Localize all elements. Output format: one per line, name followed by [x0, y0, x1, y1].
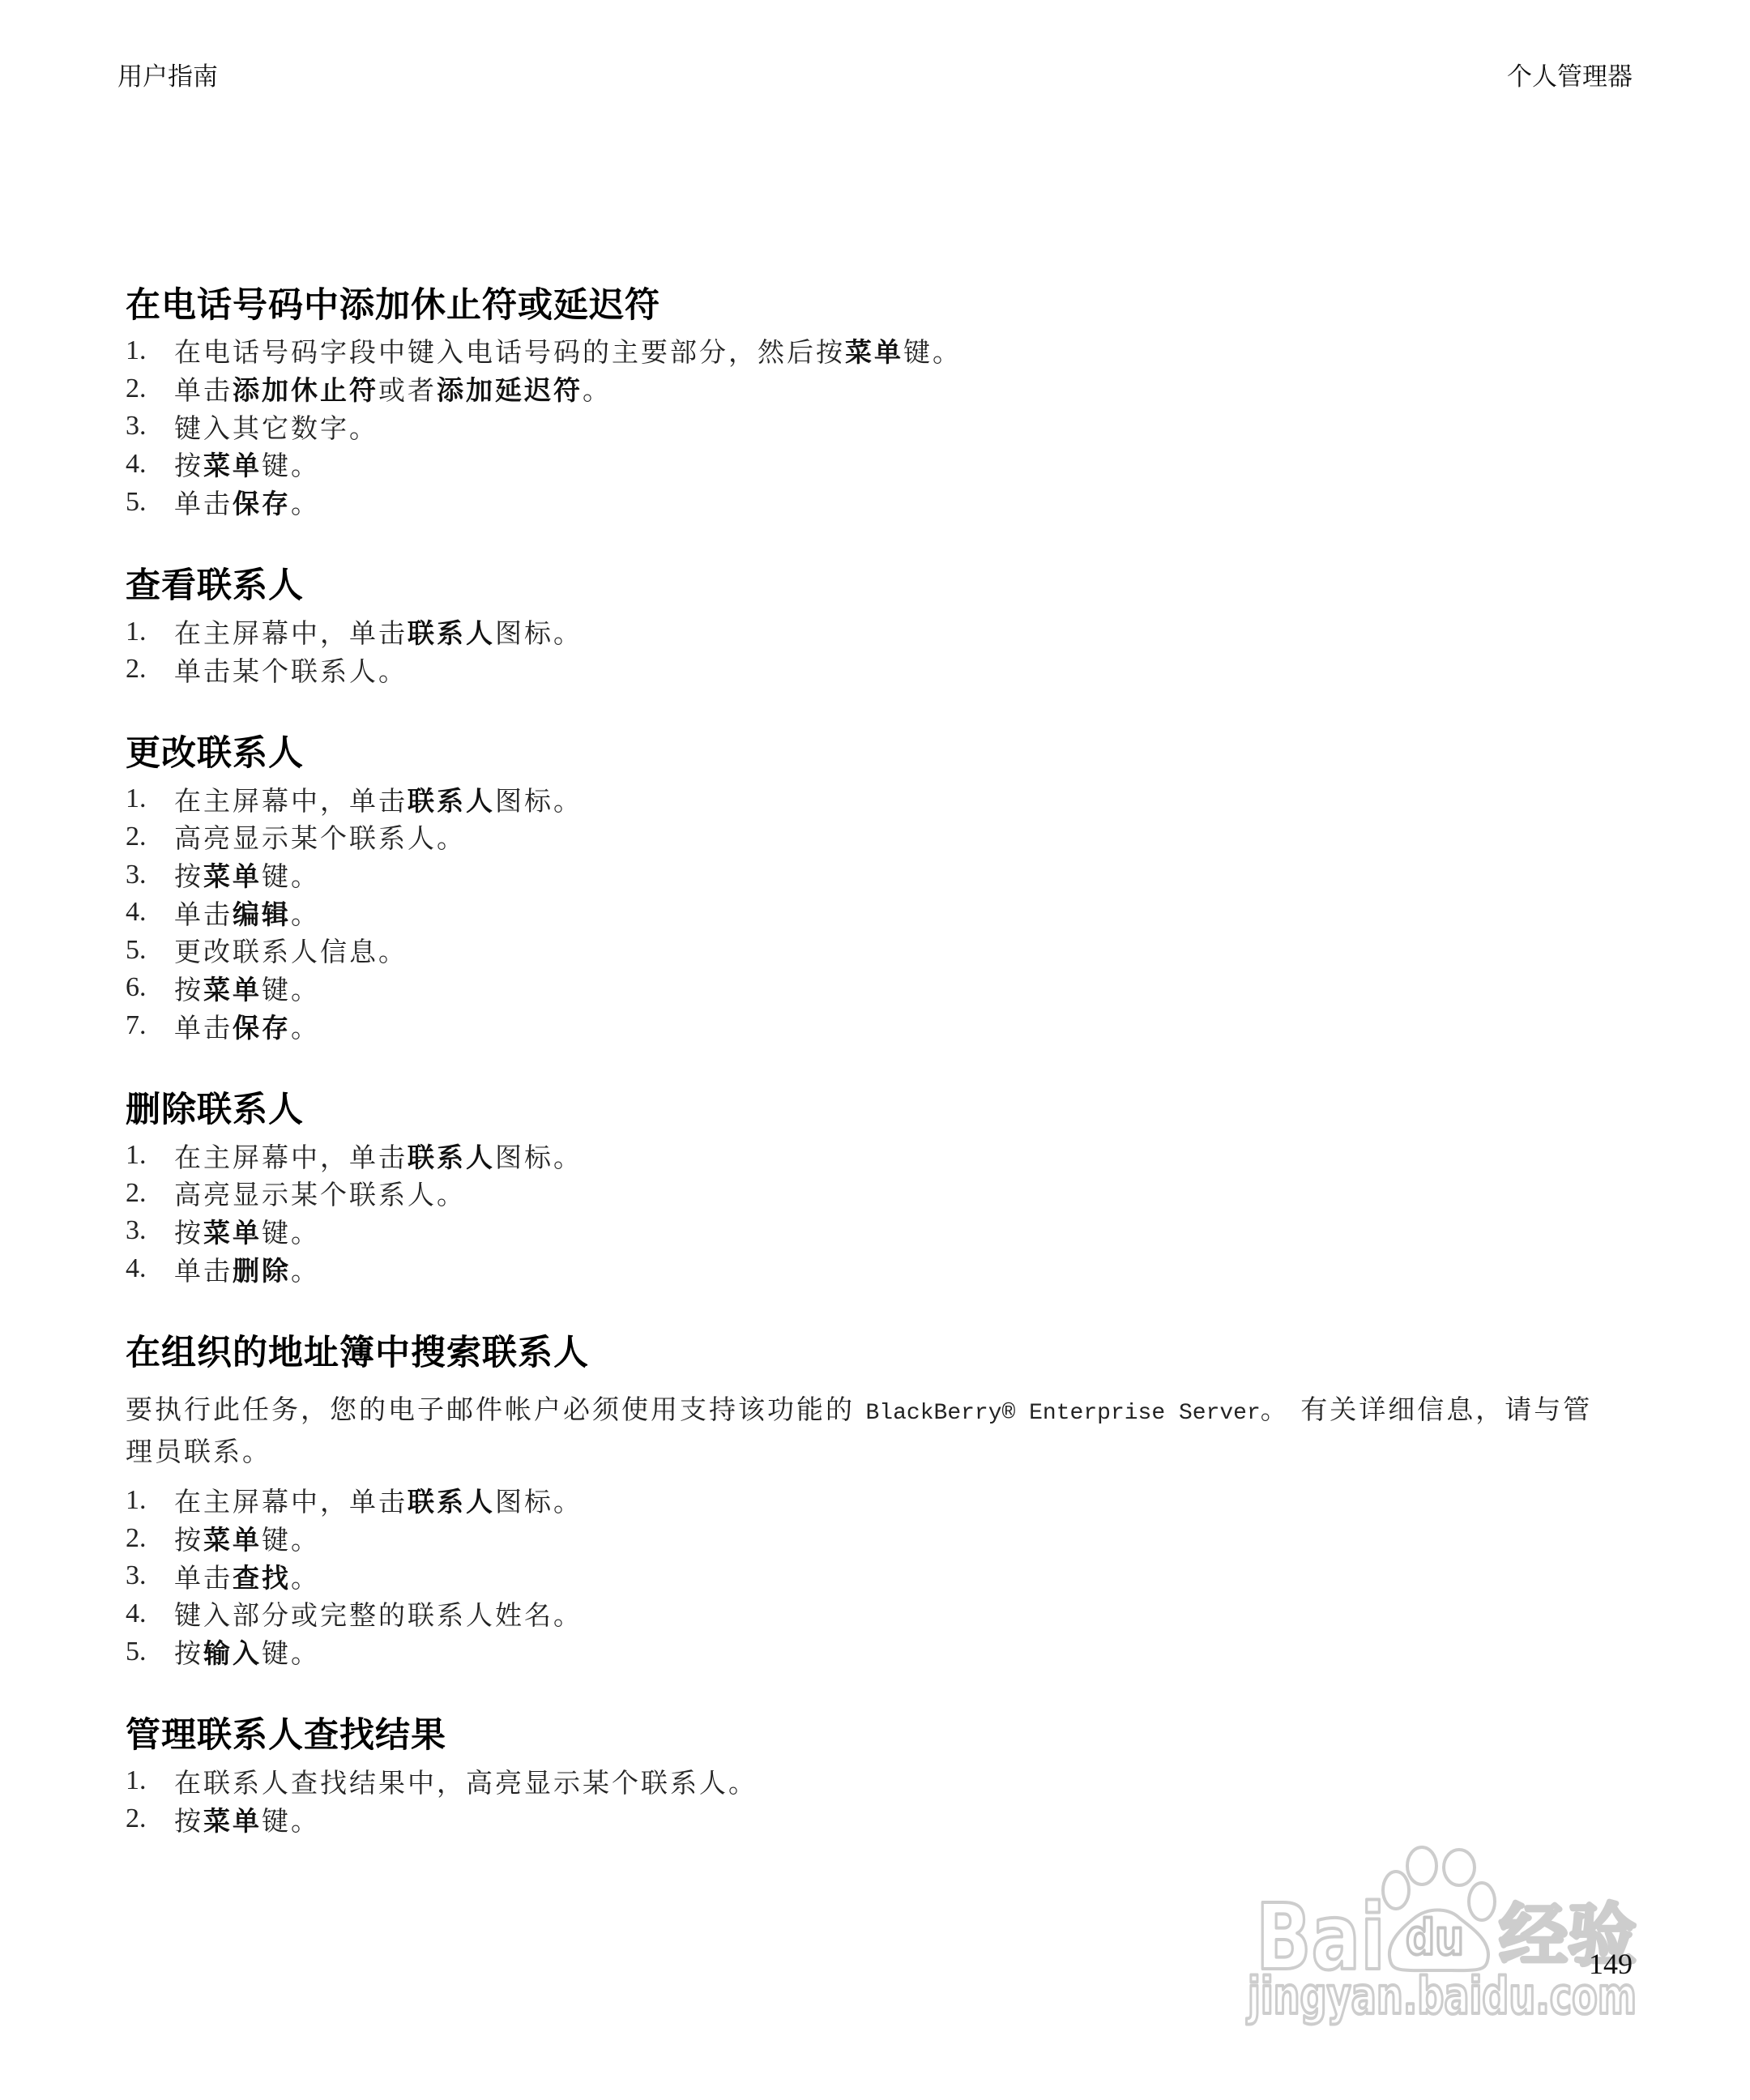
step-text-segment: 按 — [174, 969, 203, 1007]
ui-term: 输入 — [203, 1633, 262, 1671]
step-text-segment: 单击 — [174, 1557, 233, 1595]
step-text-segment: 。 — [583, 369, 612, 408]
step-text-segment: 键。 — [262, 1212, 320, 1250]
chapter-title: 个人管理器 — [1507, 56, 1633, 92]
step-text-segment: 高亮显示某个联系人。 — [174, 1174, 466, 1212]
step-text-segment: 键。 — [262, 1633, 320, 1671]
ui-term: 联系人 — [408, 780, 495, 818]
step-text-segment: 单击某个联系人。 — [174, 651, 408, 689]
step-text-segment: 图标。 — [495, 780, 583, 818]
step-text: 在电话号码字段中键入电话号码的主要部分，然后按 菜单 键。 — [174, 331, 962, 369]
step: 3. 按 菜单 键。 — [126, 856, 1641, 894]
step-number: 4. — [126, 897, 174, 928]
step-list: 1. 在主屏幕中，单击 联系人 图标。 2. 单击某个联系人。 — [126, 612, 1641, 688]
step-number: 4. — [126, 1253, 174, 1284]
note-text: 要执行此任务，您的电子邮件帐户必须使用支持该功能的 — [126, 1394, 866, 1425]
step: 7. 单击 保存 。 — [126, 1007, 1641, 1045]
step-text: 在主屏幕中，单击 联系人 图标。 — [174, 1481, 583, 1519]
step-number: 3. — [126, 860, 174, 890]
step-text: 单击 保存 。 — [174, 483, 320, 521]
step-text: 单击 保存 。 — [174, 1007, 320, 1045]
ui-term: 删除 — [233, 1250, 291, 1288]
step-text: 单击某个联系人。 — [174, 651, 408, 689]
step-text-segment: 在主屏幕中，单击 — [174, 1481, 408, 1519]
step-number: 1. — [126, 783, 174, 814]
step: 3. 键入其它数字。 — [126, 408, 1641, 446]
step-text-segment: 按 — [174, 1212, 203, 1250]
step-number: 4. — [126, 449, 174, 480]
ui-term: 保存 — [233, 483, 291, 521]
section-title: 查看联系人 — [126, 563, 1641, 604]
step-text: 单击 添加休止符 或者 添加延迟符 。 — [174, 369, 612, 408]
step-number: 2. — [126, 373, 174, 404]
section-delete-contact: 删除联系人 1. 在主屏幕中，单击 联系人 图标。 2. 高亮显示某个联系人。 … — [126, 1086, 1641, 1287]
step-text-segment: 键。 — [262, 969, 320, 1007]
ui-term: 菜单 — [203, 445, 262, 483]
step-text-segment: 按 — [174, 445, 203, 483]
paw-toe-icon — [1469, 1883, 1495, 1920]
step-number: 2. — [126, 654, 174, 685]
step-text-segment: 键。 — [262, 856, 320, 894]
step: 2. 按 菜单 键。 — [126, 1519, 1641, 1557]
step-text: 高亮显示某个联系人。 — [174, 1174, 466, 1212]
step-text-segment: 。 — [291, 1250, 320, 1288]
step: 1. 在电话号码字段中键入电话号码的主要部分，然后按 菜单 键。 — [126, 332, 1641, 370]
step-text-segment: 单击 — [174, 894, 233, 932]
paw-toe-icon — [1407, 1847, 1436, 1884]
page-number: 149 — [1589, 1948, 1633, 1980]
document-title: 用户指南 — [117, 56, 218, 92]
step-text: 按 菜单 键。 — [174, 1212, 320, 1250]
ui-term: 保存 — [233, 1007, 291, 1045]
step-text-segment: 按 — [174, 1633, 203, 1671]
step: 2. 单击某个联系人。 — [126, 651, 1641, 689]
step-number: 4. — [126, 1598, 174, 1629]
ui-term: 编辑 — [233, 894, 291, 932]
step-text-segment: 单击 — [174, 483, 233, 521]
step: 4. 单击 编辑 。 — [126, 894, 1641, 932]
step-text-segment: 在主屏幕中，单击 — [174, 1137, 408, 1175]
step-number: 1. — [126, 335, 174, 366]
ui-term: 菜单 — [203, 1800, 262, 1838]
step: 1. 在主屏幕中，单击 联系人 图标。 — [126, 1482, 1641, 1520]
step-text-segment: 图标。 — [495, 1137, 583, 1175]
step-text-segment: 图标。 — [495, 612, 583, 651]
step: 4. 按 菜单 键。 — [126, 446, 1641, 484]
step-number: 6. — [126, 972, 174, 1003]
ui-term: 查找 — [233, 1557, 291, 1595]
step: 6. 按 菜单 键。 — [126, 969, 1641, 1007]
step-number: 2. — [126, 1523, 174, 1554]
watermark-url-text: jingyan.baidu.com — [1246, 1966, 1637, 2025]
step-list: 1. 在电话号码字段中键入电话号码的主要部分，然后按 菜单 键。 2. 单击 添… — [126, 332, 1641, 521]
paw-toe-icon — [1444, 1850, 1475, 1885]
step: 1. 在主屏幕中，单击 联系人 图标。 — [126, 612, 1641, 651]
step: 2. 单击 添加休止符 或者 添加延迟符 。 — [126, 369, 1641, 408]
step-text-segment: 在主屏幕中，单击 — [174, 780, 408, 818]
ui-term: 联系人 — [408, 1137, 495, 1175]
step-text-segment: 。 — [291, 483, 320, 521]
step-list: 1. 在主屏幕中，单击 联系人 图标。 2. 高亮显示某个联系人。 3. 按 菜… — [126, 1137, 1641, 1288]
ui-term: 添加延迟符 — [437, 369, 583, 408]
page-content: 在电话号码中添加休止符或延迟符 1. 在电话号码字段中键入电话号码的主要部分，然… — [126, 282, 1641, 1837]
watermark-paw-text: du — [1406, 1910, 1464, 1966]
step-text: 单击 查找 。 — [174, 1557, 320, 1595]
step: 4. 单击 删除 。 — [126, 1250, 1641, 1288]
step: 2. 高亮显示某个联系人。 — [126, 1174, 1641, 1212]
step-number: 1. — [126, 1765, 174, 1796]
section-title: 更改联系人 — [126, 730, 1641, 770]
step-number: 1. — [126, 1140, 174, 1171]
step-number: 5. — [126, 1637, 174, 1667]
ui-term: 联系人 — [408, 612, 495, 651]
step-text-segment: 单击 — [174, 1250, 233, 1288]
section-view-contact: 查看联系人 1. 在主屏幕中，单击 联系人 图标。 2. 单击某个联系人。 — [126, 563, 1641, 689]
step-number: 1. — [126, 1485, 174, 1516]
section-add-pause-or-wait: 在电话号码中添加休止符或延迟符 1. 在电话号码字段中键入电话号码的主要部分，然… — [126, 282, 1641, 521]
step-text-segment: 图标。 — [495, 1481, 583, 1519]
step-number: 7. — [126, 1010, 174, 1041]
step: 1. 在主屏幕中，单击 联系人 图标。 — [126, 1137, 1641, 1175]
step: 5. 按 输入 键。 — [126, 1633, 1641, 1671]
ui-term: 添加休止符 — [233, 369, 378, 408]
step-text: 按 菜单 键。 — [174, 1800, 320, 1838]
step: 4. 键入部分或完整的联系人姓名。 — [126, 1595, 1641, 1633]
section-title: 删除联系人 — [126, 1086, 1641, 1127]
step: 3. 单击 查找 。 — [126, 1557, 1641, 1595]
ui-term: 联系人 — [408, 1481, 495, 1519]
step: 1. 在联系人查找结果中，高亮显示某个联系人。 — [126, 1762, 1641, 1800]
step: 5. 更改联系人信息。 — [126, 932, 1641, 970]
ui-term: 菜单 — [845, 331, 903, 369]
section-change-contact: 更改联系人 1. 在主屏幕中，单击 联系人 图标。 2. 高亮显示某个联系人。 … — [126, 730, 1641, 1044]
step-text-segment: 单击 — [174, 1007, 233, 1045]
step: 3. 按 菜单 键。 — [126, 1212, 1641, 1250]
step-text-segment: 更改联系人信息。 — [174, 931, 408, 969]
step-list: 1. 在主屏幕中，单击 联系人 图标。 2. 按 菜单 键。 3. 单击 — [126, 1482, 1641, 1671]
step-list: 1. 在联系人查找结果中，高亮显示某个联系人。 2. 按 菜单 键。 — [126, 1762, 1641, 1837]
step-text-segment: 按 — [174, 1800, 203, 1838]
baidu-jingyan-watermark: Bai du 经验 jingyan.baidu.com — [1240, 1839, 1645, 2034]
step-text: 在联系人查找结果中，高亮显示某个联系人。 — [174, 1762, 758, 1800]
step-text-segment: 或者 — [378, 369, 437, 408]
section-title: 管理联系人查找结果 — [126, 1713, 1641, 1753]
step: 5. 单击 保存 。 — [126, 483, 1641, 521]
paw-toe-icon — [1383, 1872, 1409, 1909]
step-text: 按 菜单 键。 — [174, 445, 320, 483]
step-text: 高亮显示某个联系人。 — [174, 817, 466, 856]
step-text: 按 菜单 键。 — [174, 1519, 320, 1557]
step-text-segment: 键入部分或完整的联系人姓名。 — [174, 1594, 583, 1633]
ui-term: 菜单 — [203, 1519, 262, 1557]
step-text-segment: 在联系人查找结果中，高亮显示某个联系人。 — [174, 1762, 758, 1800]
step-text: 在主屏幕中，单击 联系人 图标。 — [174, 612, 583, 651]
step-number: 2. — [126, 822, 174, 852]
step-number: 3. — [126, 1560, 174, 1591]
step-number: 3. — [126, 1215, 174, 1246]
step-text-segment: 单击 — [174, 369, 233, 408]
step-text-segment: 在电话号码字段中键入电话号码的主要部分，然后按 — [174, 331, 845, 369]
step-text-segment: 按 — [174, 856, 203, 894]
step-text-segment: 。 — [291, 894, 320, 932]
ui-term: 菜单 — [203, 856, 262, 894]
section-manage-search-results: 管理联系人查找结果 1. 在联系人查找结果中，高亮显示某个联系人。 2. 按 菜… — [126, 1713, 1641, 1838]
section-title: 在组织的地址簿中搜索联系人 — [126, 1330, 1641, 1370]
prerequisite-note: 要执行此任务，您的电子邮件帐户必须使用支持该功能的 BlackBerry® En… — [126, 1390, 1612, 1470]
step-text-segment: 高亮显示某个联系人。 — [174, 817, 466, 856]
step-text-segment: 在主屏幕中，单击 — [174, 612, 408, 651]
step-number: 5. — [126, 487, 174, 518]
step-text: 单击 编辑 。 — [174, 894, 320, 932]
step-text: 键入其它数字。 — [174, 408, 378, 446]
step-number: 3. — [126, 411, 174, 442]
step-text: 在主屏幕中，单击 联系人 图标。 — [174, 1137, 583, 1175]
step: 2. 按 菜单 键。 — [126, 1800, 1641, 1838]
step-number: 2. — [126, 1178, 174, 1209]
ui-term: 菜单 — [203, 969, 262, 1007]
step-text: 按 输入 键。 — [174, 1633, 320, 1671]
step-text-segment: 键。 — [903, 331, 962, 369]
step-text: 更改联系人信息。 — [174, 931, 408, 969]
running-header: 用户指南 个人管理器 — [117, 58, 1633, 90]
section-title: 在电话号码中添加休止符或延迟符 — [126, 282, 1641, 322]
step-text-segment: 键。 — [262, 1519, 320, 1557]
section-search-org-address-book: 在组织的地址簿中搜索联系人 要执行此任务，您的电子邮件帐户必须使用支持该功能的 … — [126, 1330, 1641, 1671]
step-text-segment: 。 — [291, 1557, 320, 1595]
step: 2. 高亮显示某个联系人。 — [126, 818, 1641, 856]
step-text-segment: 键。 — [262, 1800, 320, 1838]
step-number: 5. — [126, 935, 174, 966]
step-text-segment: 键入其它数字。 — [174, 408, 378, 446]
step-text: 在主屏幕中，单击 联系人 图标。 — [174, 780, 583, 818]
step-text-segment: 键。 — [262, 445, 320, 483]
product-name: BlackBerry® Enterprise Server — [866, 1401, 1261, 1426]
step-text: 键入部分或完整的联系人姓名。 — [174, 1594, 583, 1633]
step-text: 按 菜单 键。 — [174, 969, 320, 1007]
step-number: 1. — [126, 617, 174, 647]
step-text-segment: 按 — [174, 1519, 203, 1557]
step-list: 1. 在主屏幕中，单击 联系人 图标。 2. 高亮显示某个联系人。 3. 按 菜… — [126, 780, 1641, 1045]
step-text: 单击 删除 。 — [174, 1250, 320, 1288]
step-number: 2. — [126, 1803, 174, 1834]
step: 1. 在主屏幕中，单击 联系人 图标。 — [126, 780, 1641, 818]
ui-term: 菜单 — [203, 1212, 262, 1250]
step-text-segment: 。 — [291, 1007, 320, 1045]
step-text: 按 菜单 键。 — [174, 856, 320, 894]
